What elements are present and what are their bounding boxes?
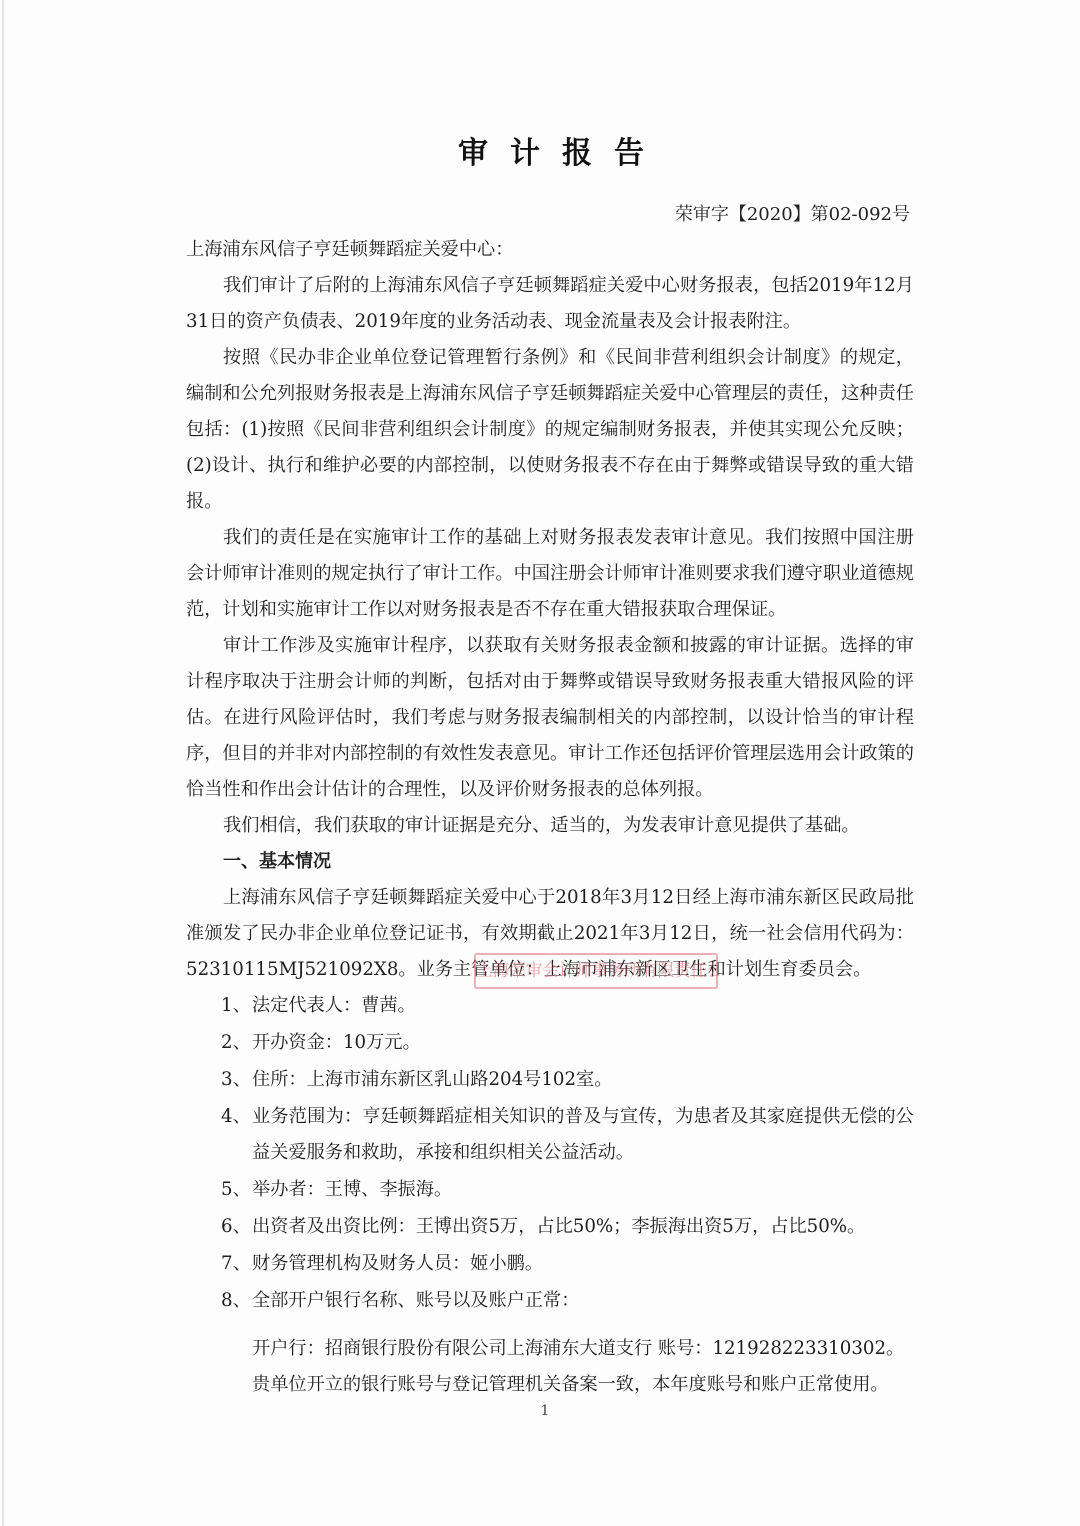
addressee: 上海浦东风信子亨廷顿舞蹈症关爱中心：	[186, 232, 914, 268]
paragraph-management-responsibility: 按照《民办非企业单位登记管理暂行条例》和《民间非营利组织会计制度》的规定，编制和…	[186, 340, 914, 520]
list-item: 4、业务范围为：亨廷顿舞蹈症相关知识的普及与宣传，为患者及其家庭提供无偿的公益关…	[186, 1099, 914, 1171]
paragraph-audit-basis: 我们相信，我们获取的审计证据是充分、适当的，为发表审计意见提供了基础。	[186, 808, 914, 844]
list-item: 2、开办资金：10万元。	[186, 1025, 914, 1061]
list-item-number: 8、	[221, 1283, 251, 1319]
paragraph-audit-procedures: 审计工作涉及实施审计程序，以获取有关财务报表金额和披露的审计证据。选择的审计程序…	[186, 628, 914, 808]
list-item-number: 6、	[221, 1209, 251, 1245]
list-item-number: 7、	[221, 1246, 251, 1282]
paragraph-auditor-responsibility: 我们的责任是在实施审计工作的基础上对财务报表发表审计意见。我们按照中国注册会计师…	[186, 520, 914, 628]
list-item-number: 5、	[221, 1172, 251, 1208]
list-item: 3、住所：上海市浦东新区乳山路204号102室。	[186, 1062, 914, 1098]
list-item-text: 全部开户银行名称、账号以及账户正常：	[252, 1290, 579, 1311]
list-item: 7、财务管理机构及财务人员：姬小鹏。	[186, 1246, 914, 1282]
list-item-text: 法定代表人：曹茜。	[252, 995, 416, 1016]
list-item: 8、全部开户银行名称、账号以及账户正常：	[186, 1283, 914, 1319]
list-item: 6、出资者及出资比例：王博出资5万，占比50%；李振海出资5万，占比50%。	[186, 1209, 914, 1245]
list-item-text: 开办资金：10万元。	[252, 1032, 421, 1053]
document-body: 上海浦东风信子亨廷顿舞蹈症关爱中心： 我们审计了后附的上海浦东风信子亨廷顿舞蹈症…	[186, 232, 914, 1403]
section-heading-basic-info: 一、基本情况	[186, 844, 914, 880]
bank-account-line: 开户行：招商银行股份有限公司上海浦东大道支行 账号：12192822331030…	[252, 1331, 914, 1367]
basic-info-list: 1、法定代表人：曹茜。 2、开办资金：10万元。 3、住所：上海市浦东新区乳山路…	[186, 988, 914, 1319]
list-item-text: 住所：上海市浦东新区乳山路204号102室。	[252, 1069, 612, 1090]
list-item: 1、法定代表人：曹茜。	[186, 988, 914, 1024]
firm-seal-stamp: 上海荣审会计师事务所有限责任公司	[474, 953, 718, 989]
bank-account-info: 开户行：招商银行股份有限公司上海浦东大道支行 账号：12192822331030…	[186, 1331, 914, 1403]
document-title: 审计报告	[0, 128, 1080, 172]
list-item-number: 2、	[221, 1025, 251, 1061]
list-item: 5、举办者：王博、李振海。	[186, 1172, 914, 1208]
list-item-number: 3、	[221, 1062, 251, 1098]
bank-account-status: 贵单位开立的银行账号与登记管理机关备案一致，本年度账号和账户正常使用。	[252, 1367, 914, 1403]
list-item-text: 业务范围为：亨廷顿舞蹈症相关知识的普及与宣传，为患者及其家庭提供无偿的公益关爱服…	[252, 1106, 914, 1163]
list-item-text: 出资者及出资比例：王博出资5万，占比50%；李振海出资5万，占比50%。	[252, 1216, 865, 1237]
reference-number: 荣审字【2020】第02-092号	[675, 200, 910, 226]
scan-page-edge	[2, 0, 4, 1526]
list-item-text: 举办者：王博、李振海。	[252, 1179, 452, 1200]
list-item-number: 4、	[221, 1099, 251, 1135]
list-item-text: 财务管理机构及财务人员：姬小鹏。	[252, 1253, 543, 1274]
page-number: 1	[0, 1403, 1080, 1419]
paragraph-scope: 我们审计了后附的上海浦东风信子亨廷顿舞蹈症关爱中心财务报表，包括2019年12月…	[186, 268, 914, 340]
list-item-number: 1、	[221, 988, 251, 1024]
